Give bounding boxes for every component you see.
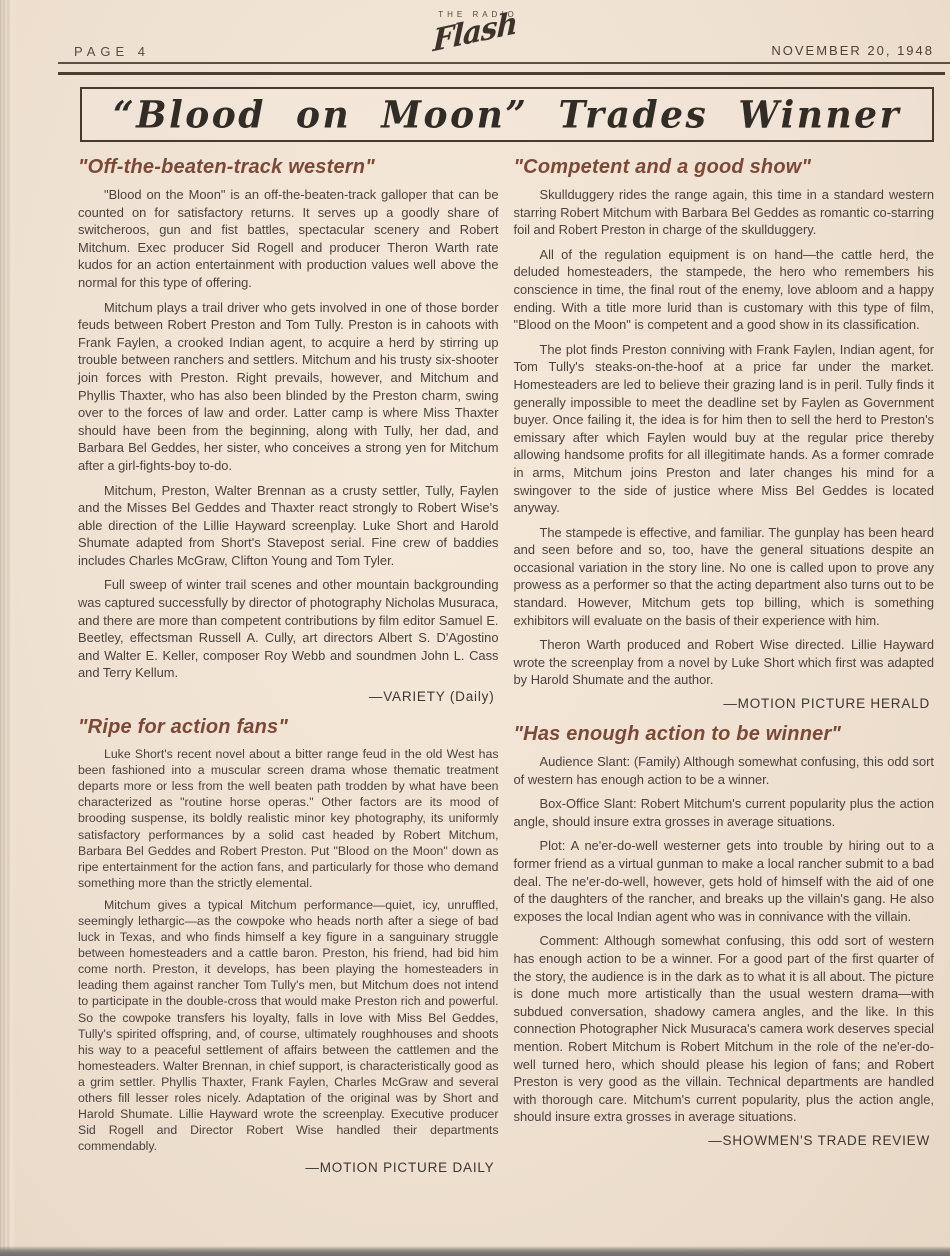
header-rule-thick [58,72,945,75]
right-column: "Competent and a good show" Skullduggery… [514,153,935,1244]
article-showmens-trade-review: "Has enough action to be winner" Audienc… [514,723,935,1148]
two-column-body: "Off-the-beaten-track western" "Blood on… [78,153,934,1244]
article-byline: —SHOWMEN'S TRADE REVIEW [514,1133,931,1148]
article-byline: —MOTION PICTURE HERALD [514,696,931,711]
article-paragraph: Audience Slant: (Family) Although somewh… [514,753,935,788]
article-title: "Has enough action to be winner" [514,723,935,746]
article-motion-picture-herald-review: "Competent and a good show" Skullduggery… [514,156,935,711]
scan-page-edge-bottom [0,1246,950,1256]
scanned-trade-paper-page: PAGE 4 THE RADIO Flash NOVEMBER 20, 1948… [0,0,950,1256]
scan-page-edge-right [926,0,950,1256]
article-title: "Ripe for action fans" [78,716,499,739]
article-paragraph: Box-Office Slant: Robert Mitchum's curre… [514,795,935,830]
page-headline: “Blood on Moon” Trades Winner [113,93,901,137]
article-paragraph: Skullduggery rides the range again, this… [514,186,935,239]
headline-box: “Blood on Moon” Trades Winner [80,87,934,142]
article-paragraph: Comment: Although somewhat confusing, th… [514,932,935,1126]
article-variety-review: "Off-the-beaten-track western" "Blood on… [78,156,499,704]
article-paragraph: Mitchum, Preston, Walter Brennan as a cr… [78,482,499,570]
scan-page-edge-left [0,0,15,1256]
article-paragraph: Mitchum plays a trail driver who gets in… [78,299,499,475]
masthead-logo: THE RADIO Flash [0,10,950,47]
article-paragraph: The stampede is effective, and familiar.… [514,524,935,630]
article-byline: —MOTION PICTURE DAILY [78,1160,495,1175]
article-paragraph: Mitchum gives a typical Mitchum performa… [78,897,499,1155]
article-paragraph: Luke Short's recent novel about a bitter… [78,746,499,891]
article-title: "Off-the-beaten-track western" [78,156,499,179]
article-motion-picture-daily-review: "Ripe for action fans" Luke Short's rece… [78,716,499,1175]
article-paragraph: Theron Warth produced and Robert Wise di… [514,636,935,689]
issue-date: NOVEMBER 20, 1948 [771,43,934,58]
article-paragraph: Plot: A ne'er-do-well westerner gets int… [514,837,935,925]
article-paragraph: "Blood on the Moon" is an off-the-beaten… [78,186,499,292]
header-rule-thin [58,62,950,64]
left-column: "Off-the-beaten-track western" "Blood on… [78,153,499,1244]
article-paragraph: Full sweep of winter trail scenes and ot… [78,576,499,682]
article-title: "Competent and a good show" [514,156,935,179]
article-byline: —VARIETY (Daily) [78,689,495,704]
article-paragraph: The plot finds Preston conniving with Fr… [514,341,935,517]
article-paragraph: All of the regulation equipment is on ha… [514,246,935,334]
